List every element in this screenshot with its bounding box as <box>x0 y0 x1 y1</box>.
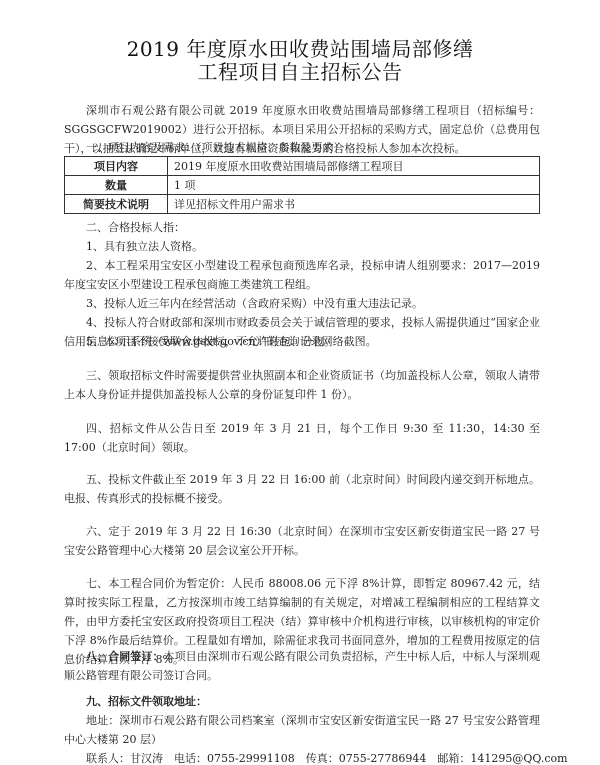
table-key: 简要技术说明 <box>65 195 168 214</box>
section-2-item: 5、本项目不接受联合体投标，不允许转包、分包。 <box>64 332 540 351</box>
section-1-heading: 一、项目内容及需求：（项目技术规格、参数及要求） <box>64 138 540 157</box>
section-4-paragraph: 四、招标文件从公告日至 2019 年 3 月 21 日，每个工作日 9:30 至… <box>64 419 540 457</box>
table-value: 1 项 <box>168 176 540 195</box>
section-2-item: 3、投标人近三年内在经营活动（含政府采购）中没有重大违法记录。 <box>64 294 540 313</box>
table-key: 数量 <box>65 176 168 195</box>
title-line-2: 工程项目自主招标公告 <box>0 60 600 84</box>
section-9-address: 地址：深圳市石观公路有限公司档案室（深圳市宝安区新安街道宝民一路 27 号宝安公… <box>64 711 540 749</box>
section-6-paragraph: 六、定于 2019 年 3 月 22 日 16:30（北京时间）在深圳市宝安区新… <box>64 522 540 560</box>
table-value: 详见招标文件用户需求书 <box>168 195 540 214</box>
table-value: 2019 年度原水田收费站围墙局部修缮工程项目 <box>168 157 540 176</box>
section-9-contact: 联系人：甘汉涛 电话：0755-29991108 传真：0755-2778694… <box>64 749 540 765</box>
table-row: 数量 1 项 <box>65 176 540 195</box>
section-2-item: 2、本工程采用宝安区小型建设工程承包商预选库名录，投标申请人组别要求：2017—… <box>64 256 540 294</box>
title-line-1: 2019 年度原水田收费站围墙局部修缮 <box>0 37 600 61</box>
section-8-paragraph: 八、合同签订：本项目由深圳市石观公路有限公司负责招标，产生中标人后，中标人与深圳… <box>64 647 540 685</box>
table-row: 项目内容 2019 年度原水田收费站围墙局部修缮工程项目 <box>65 157 540 176</box>
section-2-heading: 二、合格投标人指： <box>64 218 540 237</box>
section-2-item: 1、具有独立法人资格。 <box>64 237 540 256</box>
table-key: 项目内容 <box>65 157 168 176</box>
document-page: 2019 年度原水田收费站围墙局部修缮 工程项目自主招标公告 深圳市石观公路有限… <box>0 0 600 765</box>
table-row: 简要技术说明 详见招标文件用户需求书 <box>65 195 540 214</box>
section-3-paragraph: 三、领取招标文件时需要提供营业执照副本和企业资质证书（均加盖投标人公章，领取人请… <box>64 366 540 404</box>
section-8-heading: 八、合同签订： <box>86 650 164 663</box>
section-9-heading: 九、招标文件领取地址： <box>64 692 540 711</box>
requirements-table: 项目内容 2019 年度原水田收费站围墙局部修缮工程项目 数量 1 项 简要技术… <box>64 156 540 214</box>
section-5-paragraph: 五、投标文件截止至 2019 年 3 月 22 日 16:00 前（北京时间）时… <box>64 470 540 508</box>
